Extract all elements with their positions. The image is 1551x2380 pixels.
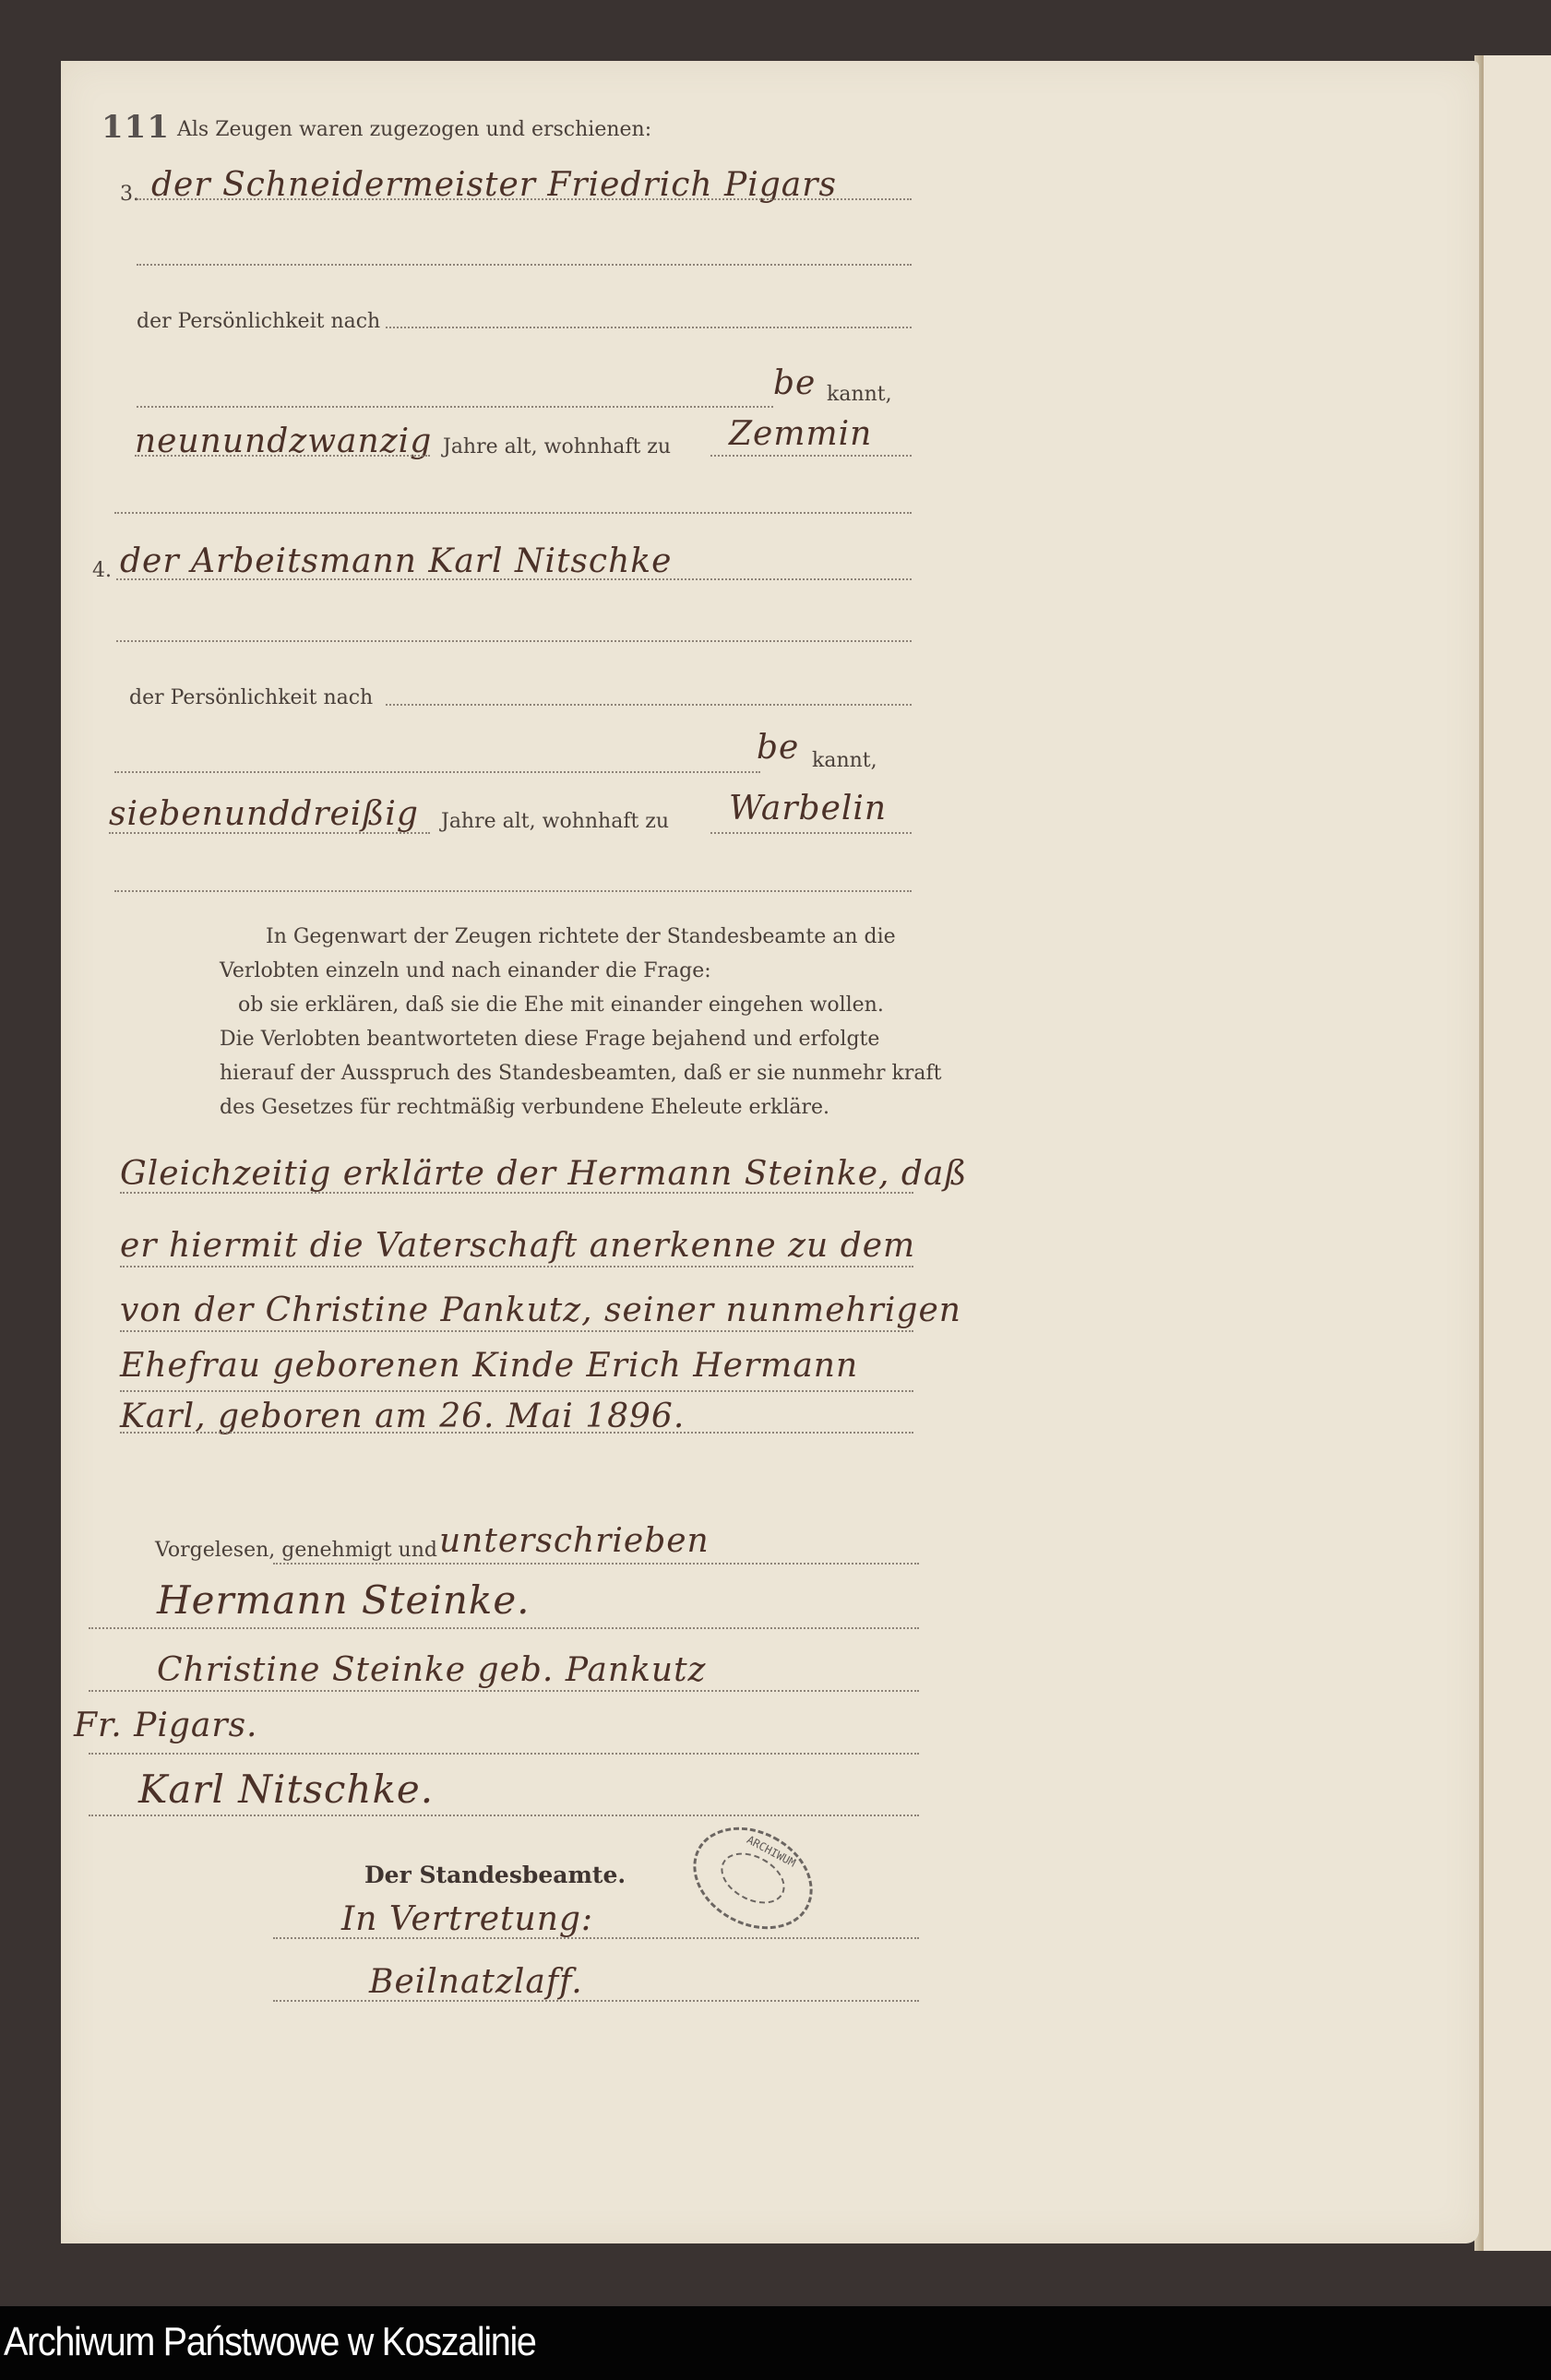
witness-4-known-prefix: be: [757, 729, 799, 767]
formula-line: Die Verlobten beantworteten diese Frage …: [164, 1022, 912, 1056]
addendum-line: von der Christine Pankutz, seiner nunmeh…: [120, 1291, 961, 1329]
formula-line: ob sie erklären, daß sie die Ehe mit ein…: [164, 988, 912, 1022]
read-approved-handwritten: unterschrieben: [439, 1522, 710, 1560]
read-approved-label: Vorgelesen, genehmigt und: [155, 1539, 437, 1562]
dotted-line: [386, 704, 912, 706]
signature-witness-4: Karl Nitschke.: [138, 1767, 434, 1812]
dotted-line: [114, 771, 760, 773]
registrar-label: Der Standesbeamte.: [364, 1862, 626, 1888]
signature-groom: Hermann Steinke.: [157, 1577, 531, 1623]
dotted-line: [89, 1815, 919, 1816]
dotted-line: [135, 455, 430, 457]
witness-4-age: siebenunddreißig: [109, 795, 419, 833]
signature-witness-3: Fr. Pigars.: [74, 1707, 258, 1744]
formula-line: des Gesetzes für rechtmäßig verbundene E…: [164, 1090, 912, 1125]
formula-line: Verlobten einzeln und nach einander die …: [164, 954, 912, 988]
witness-3-number: 3.: [120, 183, 139, 206]
dotted-line: [109, 832, 430, 834]
dotted-line: [89, 1753, 919, 1755]
witness-4-age-label: Jahre alt, wohnhaft zu: [441, 810, 669, 833]
witness-4-number: 4.: [92, 559, 112, 582]
dotted-line: [89, 1690, 919, 1692]
dotted-line: [273, 1563, 919, 1565]
dotted-line: [137, 406, 773, 408]
dotted-line: [120, 1330, 913, 1332]
dotted-line: [120, 1266, 913, 1267]
witness-3-age-label: Jahre alt, wohnhaft zu: [443, 435, 671, 458]
witness-3-residence: Zemmin: [729, 415, 872, 453]
witness-4-name: der Arbeitsmann Karl Nitschke: [120, 542, 672, 580]
dotted-line: [120, 1432, 913, 1434]
witnesses-heading: Als Zeugen waren zugezogen und erschiene…: [177, 118, 651, 141]
dotted-line: [273, 2000, 919, 2002]
registrar-signature-line: Beilnatzlaff.: [369, 1963, 583, 2001]
dotted-line: [137, 264, 912, 266]
dotted-line: [710, 832, 912, 834]
dotted-line: [120, 1192, 913, 1194]
witness-4-known-suffix: kannt,: [812, 749, 877, 772]
formula-line: hierauf der Ausspruch des Standesbeamten…: [164, 1056, 912, 1090]
dotted-line: [114, 512, 912, 514]
addendum-line: Gleichzeitig erklärte der Hermann Steink…: [120, 1155, 967, 1193]
witness-4-residence: Warbelin: [729, 790, 887, 827]
dotted-line: [89, 1627, 919, 1629]
witness-3-known-prefix: be: [773, 364, 816, 402]
formula-line: In Gegenwart der Zeugen richtete der Sta…: [164, 920, 912, 954]
signature-bride: Christine Steinke geb. Pankutz: [157, 1651, 707, 1689]
archive-footer-bar: Archiwum Państwowe w Koszalinie: [0, 2306, 1551, 2380]
dotted-line: [710, 455, 912, 457]
archive-name: Archiwum Państwowe w Koszalinie: [4, 2319, 536, 2365]
addendum-line: Karl, geboren am 26. Mai 1896.: [120, 1398, 685, 1435]
witness-4-identity-label: der Persönlichkeit nach: [129, 686, 373, 709]
addendum-line: Ehefrau geborenen Kinde Erich Hermann: [120, 1347, 858, 1385]
adjacent-page-edge: [1482, 55, 1551, 2251]
page-number-pencil: 111: [101, 109, 170, 146]
dotted-line: [273, 1937, 919, 1939]
dotted-line: [137, 198, 912, 200]
witness-3-known-suffix: kannt,: [827, 383, 892, 406]
registrar-signature-line: In Vertretung:: [341, 1900, 593, 1938]
dotted-line: [114, 890, 912, 892]
dotted-line: [116, 578, 912, 580]
witness-3-identity-label: der Persönlichkeit nach: [137, 310, 380, 333]
dotted-line: [386, 327, 912, 328]
dotted-line: [116, 640, 912, 642]
addendum-line: er hiermit die Vaterschaft anerkenne zu …: [120, 1227, 915, 1265]
marriage-formula: In Gegenwart der Zeugen richtete der Sta…: [164, 920, 912, 1125]
dotted-line: [120, 1390, 913, 1392]
